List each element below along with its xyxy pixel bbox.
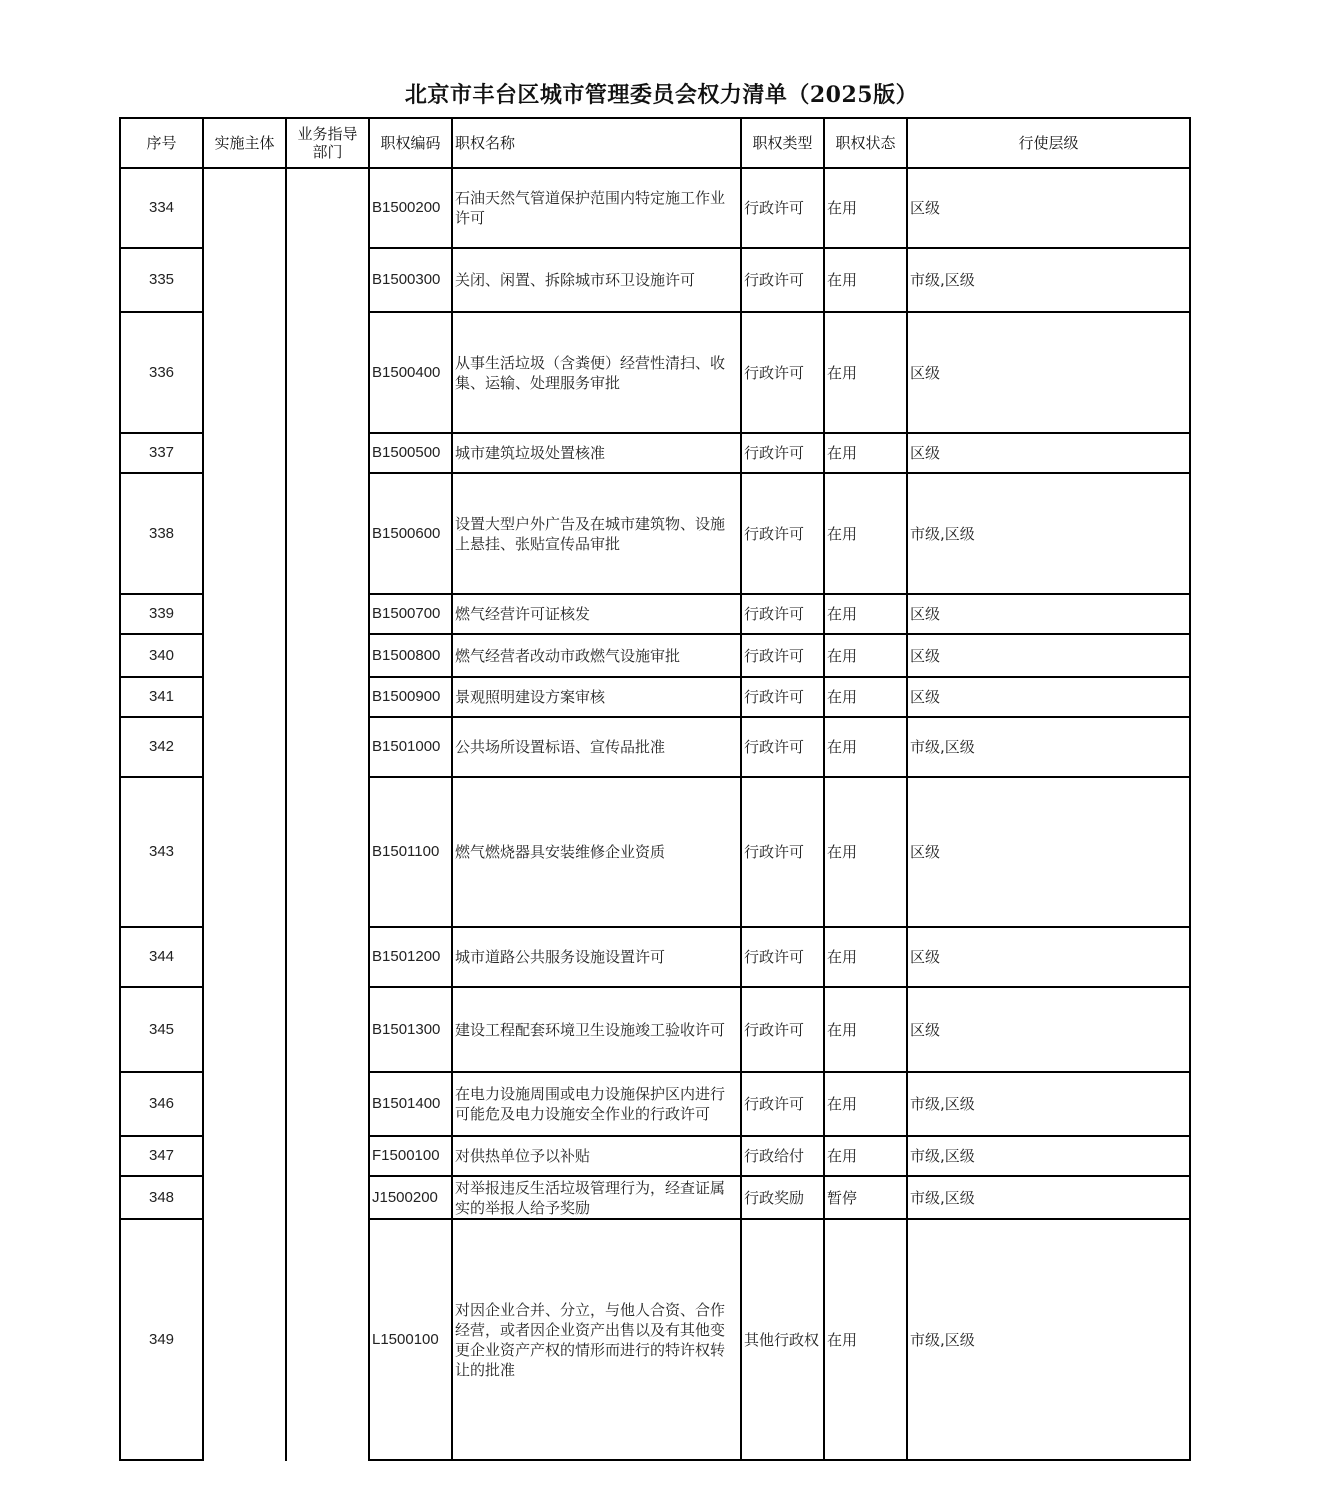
table-border [119, 776, 204, 778]
table-border [368, 716, 1191, 718]
row-code: B1500800 [369, 634, 452, 677]
row-name: 燃气经营许可证核发 [452, 594, 741, 634]
row-status: 在用 [824, 433, 907, 473]
table-border [202, 118, 204, 1461]
row-seq: 334 [120, 168, 203, 248]
row-type: 行政许可 [741, 717, 824, 777]
table-border [368, 986, 1191, 988]
row-seq: 345 [120, 987, 203, 1072]
row-status: 在用 [824, 777, 907, 927]
row-code: B1501300 [369, 987, 452, 1072]
table-border [368, 311, 1191, 313]
row-name: 关闭、闲置、拆除城市环卫设施许可 [452, 248, 741, 312]
row-code: B1500400 [369, 312, 452, 433]
row-seq: 336 [120, 312, 203, 433]
table-border [740, 118, 742, 1461]
row-name: 建设工程配套环境卫生设施竣工验收许可 [452, 987, 741, 1072]
row-level: 市级,区级 [907, 1136, 1190, 1176]
row-level: 区级 [907, 312, 1190, 433]
row-seq: 335 [120, 248, 203, 312]
table-border [1189, 118, 1191, 1461]
table-border [368, 1218, 1191, 1220]
row-type: 行政许可 [741, 777, 824, 927]
row-status: 在用 [824, 1136, 907, 1176]
table-border [368, 1071, 1191, 1073]
row-status: 在用 [824, 987, 907, 1072]
row-level: 区级 [907, 677, 1190, 717]
row-type: 行政奖励 [741, 1176, 824, 1219]
row-seq: 343 [120, 777, 203, 927]
table-border [119, 1071, 204, 1073]
row-type: 行政许可 [741, 473, 824, 594]
row-code: B1500700 [369, 594, 452, 634]
row-code: B1500900 [369, 677, 452, 717]
table-border [906, 118, 908, 1461]
table-border [368, 1135, 1191, 1137]
row-type: 行政许可 [741, 312, 824, 433]
table-border [119, 926, 204, 928]
row-status: 在用 [824, 1219, 907, 1460]
row-name: 景观照明建设方案审核 [452, 677, 741, 717]
table-border [368, 472, 1191, 474]
row-seq: 349 [120, 1219, 203, 1460]
row-name: 城市建筑垃圾处置核准 [452, 433, 741, 473]
row-type: 行政给付 [741, 1136, 824, 1176]
row-name: 设置大型户外广告及在城市建筑物、设施上悬挂、张贴宣传品审批 [452, 473, 741, 594]
row-name: 城市道路公共服务设施设置许可 [452, 927, 741, 987]
table-border [119, 986, 204, 988]
power-list-table: 序号 实施主体 业务指导部门 职权编码 职权名称 职权类型 职权状态 行使层级 … [0, 0, 1323, 1497]
header-dept: 业务指导部门 [290, 118, 365, 168]
table-border [368, 593, 1191, 595]
table-border [368, 118, 370, 1461]
table-border [119, 676, 204, 678]
row-status: 在用 [824, 677, 907, 717]
row-level: 区级 [907, 987, 1190, 1072]
row-name: 对供热单位予以补贴 [452, 1136, 741, 1176]
table-border [368, 247, 1191, 249]
table-border [368, 776, 1191, 778]
row-code: B1501100 [369, 777, 452, 927]
row-level: 区级 [907, 634, 1190, 677]
row-code: B1501400 [369, 1072, 452, 1136]
row-level: 区级 [907, 168, 1190, 248]
row-name: 燃气经营者改动市政燃气设施审批 [452, 634, 741, 677]
row-status: 在用 [824, 473, 907, 594]
header-level: 行使层级 [907, 118, 1190, 168]
row-level: 市级,区级 [907, 1219, 1190, 1460]
table-border [119, 633, 204, 635]
table-border [119, 593, 204, 595]
header-subject: 实施主体 [203, 118, 286, 168]
row-status: 在用 [824, 634, 907, 677]
row-type: 行政许可 [741, 987, 824, 1072]
row-code: L1500100 [369, 1219, 452, 1460]
row-seq: 346 [120, 1072, 203, 1136]
table-border [119, 1218, 204, 1220]
row-status: 在用 [824, 927, 907, 987]
row-type: 行政许可 [741, 248, 824, 312]
row-type: 行政许可 [741, 927, 824, 987]
row-name: 在电力设施周围或电力设施保护区内进行可能危及电力设施安全作业的行政许可 [452, 1072, 741, 1136]
row-status: 暂停 [824, 1176, 907, 1219]
row-name: 石油天然气管道保护范围内特定施工作业许可 [452, 168, 741, 248]
row-code: B1500600 [369, 473, 452, 594]
row-status: 在用 [824, 312, 907, 433]
table-border [119, 432, 204, 434]
row-level: 市级,区级 [907, 248, 1190, 312]
row-code: B1500300 [369, 248, 452, 312]
row-name: 对因企业合并、分立，与他人合资、合作经营，或者因企业资产出售以及有其他变更企业资… [452, 1219, 741, 1460]
row-name: 公共场所设置标语、宣传品批准 [452, 717, 741, 777]
table-border [119, 1175, 204, 1177]
row-name: 燃气燃烧器具安装维修企业资质 [452, 777, 741, 927]
row-level: 市级,区级 [907, 717, 1190, 777]
row-type: 其他行政权 [741, 1219, 824, 1460]
row-level: 区级 [907, 777, 1190, 927]
table-border [285, 118, 287, 1461]
table-border [119, 472, 204, 474]
table-border [368, 432, 1191, 434]
header-code: 职权编码 [369, 118, 452, 168]
row-seq: 337 [120, 433, 203, 473]
row-status: 在用 [824, 717, 907, 777]
row-seq: 347 [120, 1136, 203, 1176]
row-type: 行政许可 [741, 1072, 824, 1136]
table-border [119, 117, 1191, 119]
table-border [119, 716, 204, 718]
row-level: 区级 [907, 433, 1190, 473]
row-type: 行政许可 [741, 677, 824, 717]
table-border [119, 1459, 204, 1461]
row-type: 行政许可 [741, 168, 824, 248]
header-type: 职权类型 [741, 118, 824, 168]
table-border [119, 167, 1191, 169]
header-name: 职权名称 [452, 118, 741, 168]
row-seq: 339 [120, 594, 203, 634]
row-level: 区级 [907, 594, 1190, 634]
table-border [368, 633, 1191, 635]
table-border [119, 118, 121, 1461]
table-border [368, 676, 1191, 678]
row-level: 市级,区级 [907, 473, 1190, 594]
row-seq: 342 [120, 717, 203, 777]
table-border [119, 247, 204, 249]
row-type: 行政许可 [741, 594, 824, 634]
row-code: B1501000 [369, 717, 452, 777]
row-name: 对举报违反生活垃圾管理行为，经查证属实的举报人给予奖励 [452, 1176, 741, 1219]
row-code: B1500500 [369, 433, 452, 473]
table-border [119, 311, 204, 313]
row-code: B1500200 [369, 168, 452, 248]
row-status: 在用 [824, 168, 907, 248]
header-seq: 序号 [120, 118, 203, 168]
row-code: B1501200 [369, 927, 452, 987]
row-seq: 341 [120, 677, 203, 717]
row-level: 市级,区级 [907, 1072, 1190, 1136]
table-border [119, 1135, 204, 1137]
table-border [368, 1459, 1191, 1461]
row-type: 行政许可 [741, 634, 824, 677]
table-border [451, 118, 453, 1461]
row-seq: 348 [120, 1176, 203, 1219]
row-seq: 338 [120, 473, 203, 594]
row-level: 市级,区级 [907, 1176, 1190, 1219]
table-border [368, 1175, 1191, 1177]
row-code: F1500100 [369, 1136, 452, 1176]
row-level: 区级 [907, 927, 1190, 987]
row-status: 在用 [824, 1072, 907, 1136]
row-seq: 344 [120, 927, 203, 987]
table-border [368, 926, 1191, 928]
row-status: 在用 [824, 248, 907, 312]
row-type: 行政许可 [741, 433, 824, 473]
table-border [823, 118, 825, 1461]
row-seq: 340 [120, 634, 203, 677]
row-name: 从事生活垃圾（含粪便）经营性清扫、收集、运输、处理服务审批 [452, 312, 741, 433]
header-status: 职权状态 [824, 118, 907, 168]
row-status: 在用 [824, 594, 907, 634]
row-code: J1500200 [369, 1176, 452, 1219]
